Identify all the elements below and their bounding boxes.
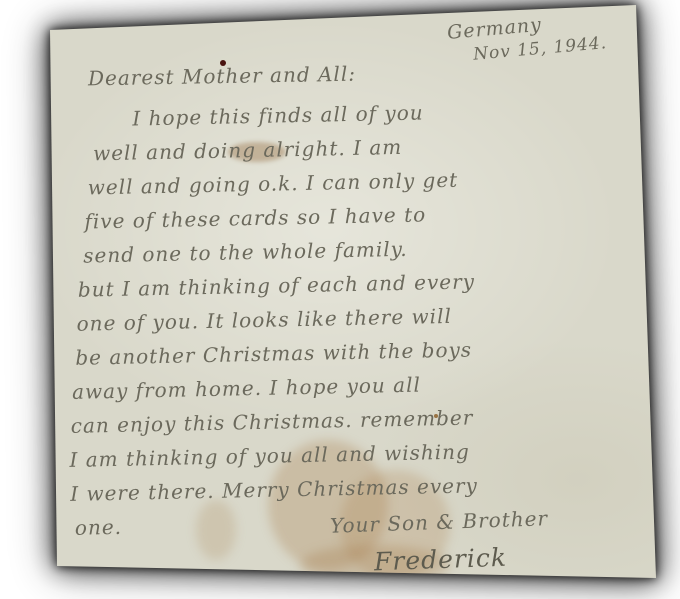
letter-photo: Germany Nov 15, 1944. Dearest Mother and… (0, 0, 680, 599)
letter-line: I hope this finds all of you (132, 94, 472, 135)
letter-body: I hope this finds all of you well and do… (62, 94, 480, 544)
letter-heading: Germany Nov 15, 1944. (446, 7, 608, 69)
letter-paper: Germany Nov 15, 1944. Dearest Mother and… (0, 0, 680, 599)
paper-shadow: Germany Nov 15, 1944. Dearest Mother and… (0, 0, 680, 599)
letter-signature: Frederick (374, 543, 508, 577)
letter-salutation: Dearest Mother and All: (88, 62, 356, 91)
